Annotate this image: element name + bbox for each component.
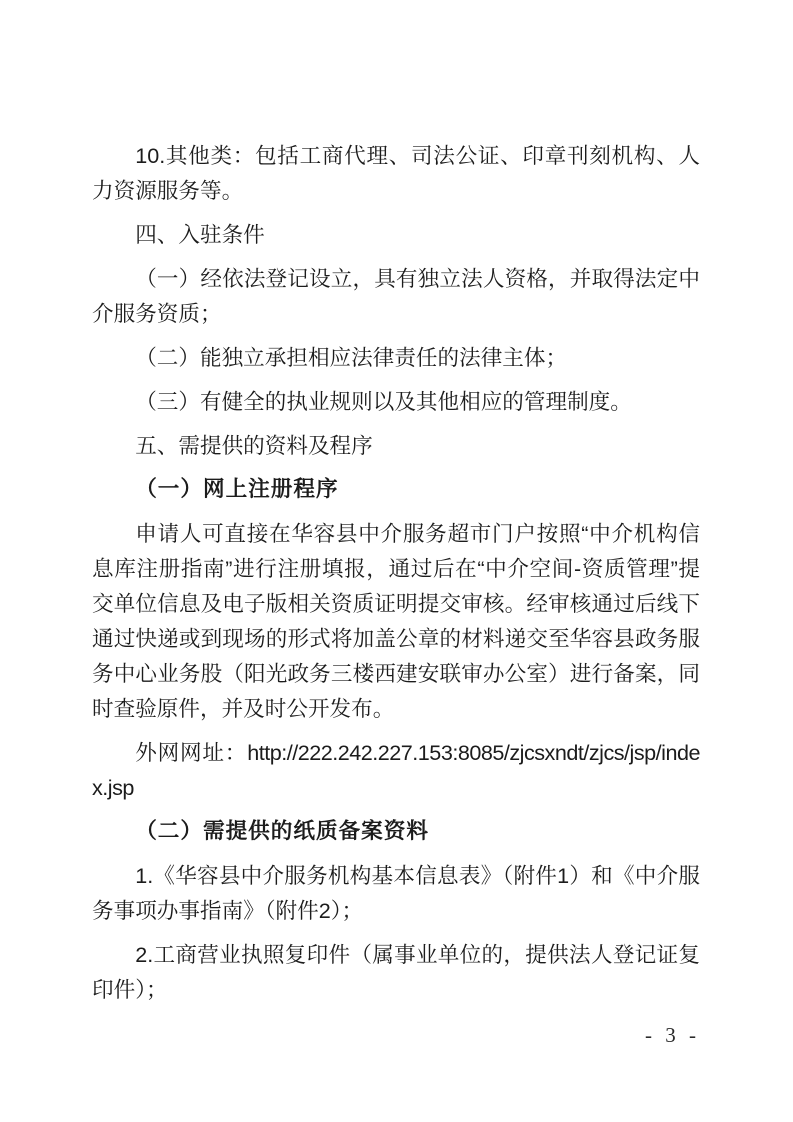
paragraph-registration-process: 申请人可直接在华容县中介服务超市门户按照“中介机构信息库注册指南”进行注册填报，… (92, 516, 700, 726)
paragraph-condition-1: （一）经依法登记设立，具有独立法人资格，并取得法定中介服务资质； (92, 261, 700, 331)
paragraph-condition-2: （二）能独立承担相应法律责任的法律主体； (92, 340, 700, 375)
paragraph-required-doc-2: 2.工商营业执照复印件（属事业单位的，提供法人登记证复印件）； (92, 937, 700, 1007)
paragraph-external-url: 外网网址：http://222.242.227.153:8085/zjcsxnd… (92, 735, 700, 805)
section-heading-materials-procedure: 五、需提供的资料及程序 (92, 428, 700, 463)
subsection-heading-online-registration: （一）网上注册程序 (92, 472, 700, 507)
page-number: - 3 - (645, 1022, 700, 1048)
section-heading-entry-conditions: 四、入驻条件 (92, 217, 700, 252)
paragraph-condition-3: （三）有健全的执业规则以及其他相应的管理制度。 (92, 384, 700, 419)
paragraph-other-category: 10.其他类：包括工商代理、司法公证、印章刊刻机构、人力资源服务等。 (92, 138, 700, 208)
paragraph-required-doc-1: 1.《华容县中介服务机构基本信息表》（附件1）和《中介服务事项办事指南》（附件2… (92, 858, 700, 928)
document-body: 10.其他类：包括工商代理、司法公证、印章刊刻机构、人力资源服务等。 四、入驻条… (92, 138, 700, 1016)
subsection-heading-paper-materials: （二）需提供的纸质备案资料 (92, 814, 700, 849)
external-url-label: 外网网址： (135, 740, 247, 765)
document-page: 10.其他类：包括工商代理、司法公证、印章刊刻机构、人力资源服务等。 四、入驻条… (0, 0, 793, 1122)
